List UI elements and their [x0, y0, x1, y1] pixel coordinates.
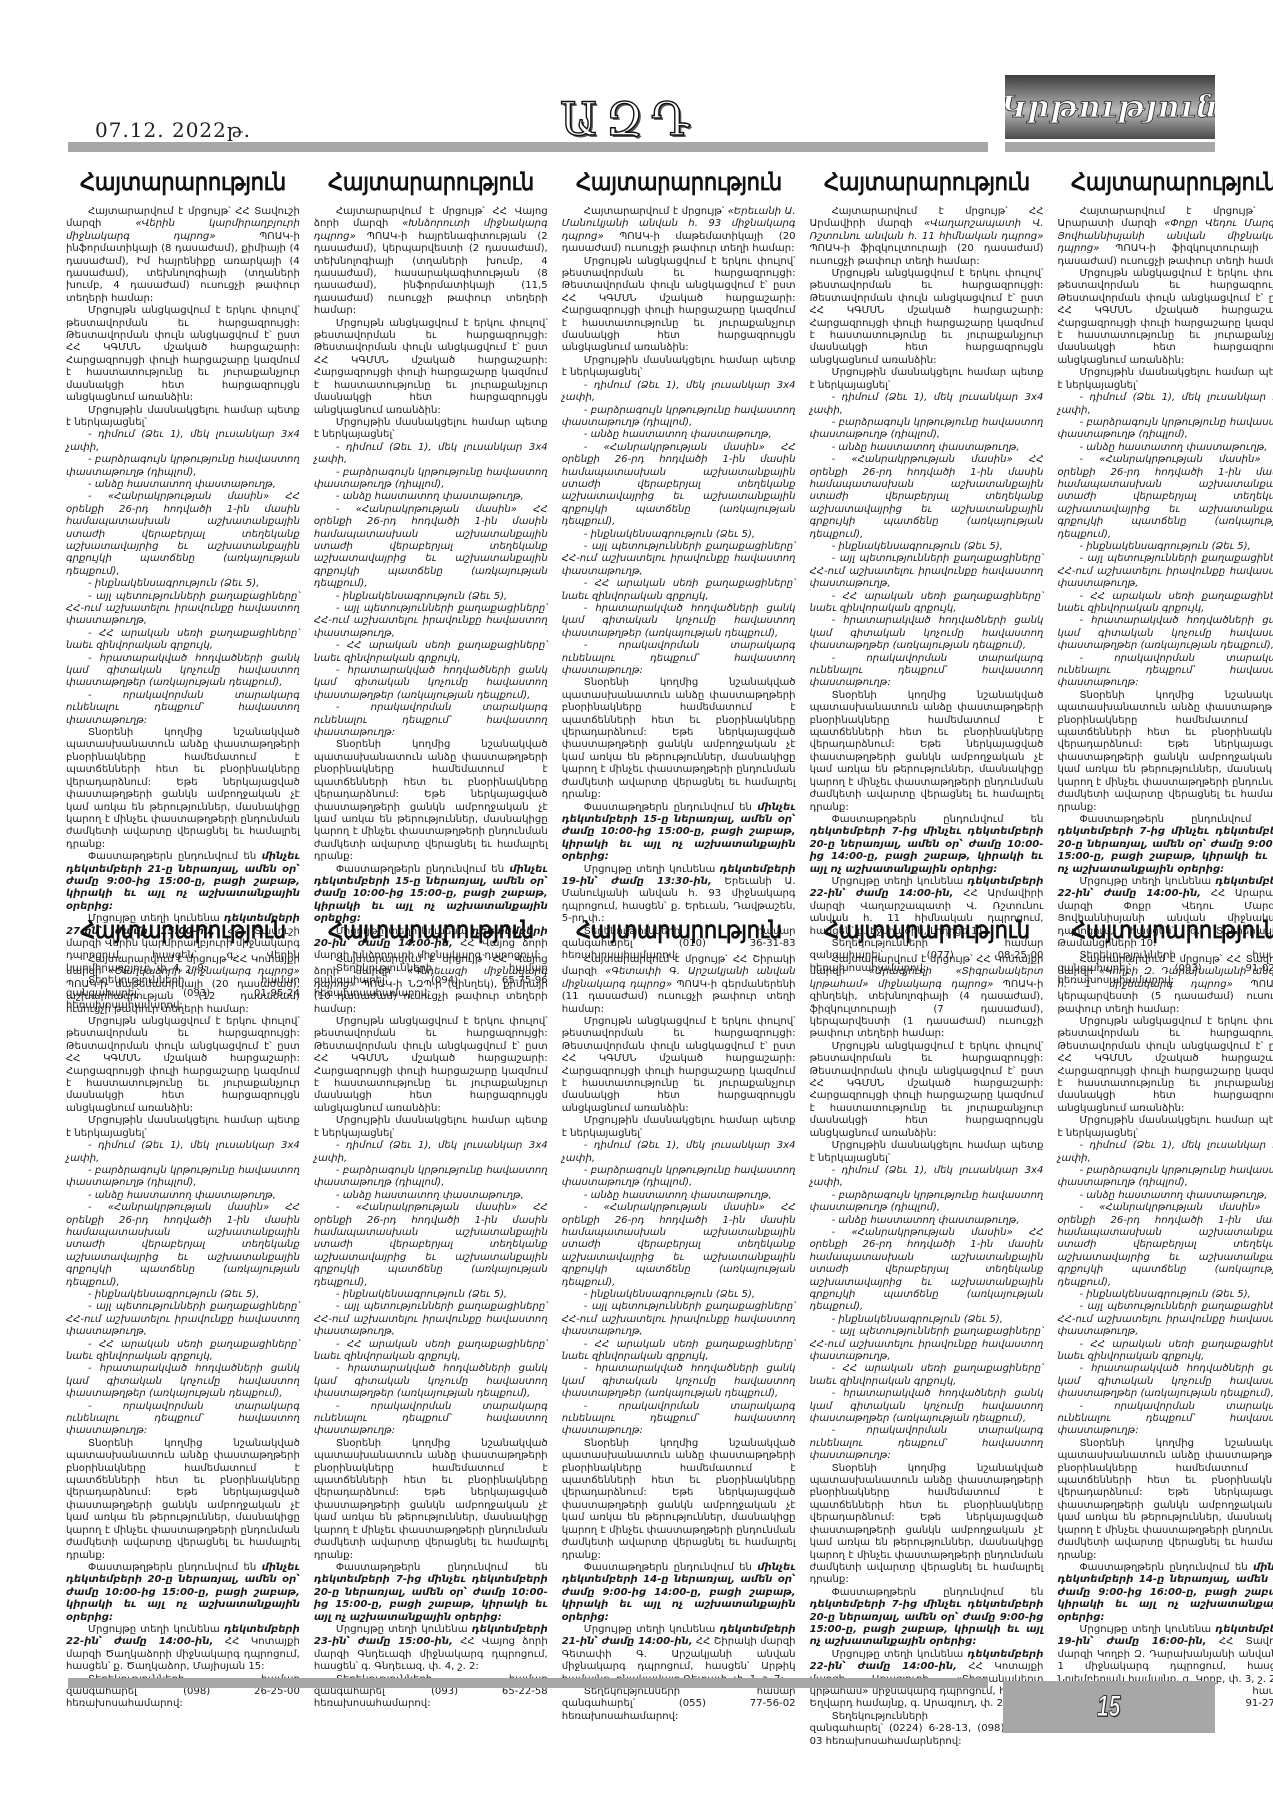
document-item: - անձը հաստատող փաստաթուղթ,	[1057, 442, 1273, 454]
announcement-intro: Հայտարարվում է մրցույթ՝ ՀՀ Վայոց ձորի մա…	[314, 954, 548, 1016]
document-item: - «Հանրակրթության մասին» ՀՀ օրենքի 26-րդ…	[314, 504, 548, 591]
document-item: - ՀՀ արական սեռի քաղաքացիները՝ նաեւ զինվ…	[810, 591, 1044, 616]
document-item: - հրատարակված հոդվածների ցանկ կամ գիտակա…	[1057, 615, 1273, 652]
document-item: - ինքնակենսագրություն (Ձեւ 5),	[1057, 1289, 1273, 1301]
document-item: - ՀՀ արական սեռի քաղաքացիները՝ նաեւ զինվ…	[1057, 1339, 1273, 1364]
document-item: - ՀՀ արական սեռի քաղաքացիները՝ նաեւ զինվ…	[66, 628, 300, 653]
document-item: - այլ պետությունների քաղաքացիները՝ ՀՀ-ու…	[562, 1301, 796, 1338]
acceptance-terms: Փաստաթղթերն ընդունվում են մինչեւ դեկտեմբ…	[1057, 1562, 1273, 1624]
masthead: 07.12. 2022թ. ԱԶԴ Կրթություն	[0, 0, 1273, 160]
document-item: - ՀՀ արական սեռի քաղաքացիները՝ նաեւ զինվ…	[66, 1339, 300, 1364]
stages-text: Մրցույթն անցկացվում է երկու փուլով՝ թեստ…	[562, 1016, 796, 1115]
documents-intro: Մրցույթին մասնակցելու համար պետք է ներկա…	[66, 405, 300, 430]
announcement-title: Հայտարարություն	[328, 168, 534, 198]
verification-text: Տնօրենի կողմից նշանակված պատասխանատուն ա…	[314, 1438, 548, 1562]
document-item: - անձը հաստատող փաստաթուղթ,	[66, 479, 300, 491]
document-item: - «Հանրակրթության մասին» ՀՀ օրենքի 26-րդ…	[562, 1202, 796, 1289]
verification-text: Տնօրենի կողմից նշանակված պատասխանատուն ա…	[562, 1438, 796, 1562]
document-item: - հրատարակված հոդվածների ցանկ կամ գիտակա…	[562, 1363, 796, 1400]
announcement-intro: Հայտարարվում է մրցույթ՝ ՀՀ Կոտայքի մարզի…	[810, 954, 1044, 1041]
stages-text: Մրցույթն անցկացվում է երկու փուլով՝ թեստ…	[1057, 1016, 1273, 1115]
page-number-box: 15	[1003, 1681, 1215, 1733]
announcement-4: Հայտարարություն Հայտարարվում է մրցույթ՝ …	[810, 168, 1044, 1012]
document-item: - ինքնակենսագրություն (Ձեւ 5),	[314, 1289, 548, 1301]
documents-intro: Մրցույթին մասնակցելու համար պետք է ներկա…	[66, 1115, 300, 1140]
document-item: - բարձրագույն կրթությունը հավաստող փաստա…	[562, 1165, 796, 1190]
document-item: - այլ պետությունների քաղաքացիները՝ ՀՀ-ու…	[66, 1301, 300, 1338]
documents-intro: Մրցույթին մասնակցելու համար պետք է ներկա…	[810, 367, 1044, 392]
document-item: - այլ պետությունների քաղաքացիները՝ ՀՀ-ու…	[810, 1326, 1044, 1363]
contact-info: Տեղեկությունների համար զանգահարել՝ (055)…	[562, 1686, 796, 1723]
announcement-1: Հայտարարություն Հայտարարվում է մրցույթ՝ …	[66, 168, 300, 1012]
document-item: - այլ պետությունների քաղաքացիները՝ ՀՀ-ու…	[1057, 1301, 1273, 1338]
announcement-intro: Հայտարարվում է մրցույթ՝ ՀՀ Արարատի մարզի…	[1057, 206, 1273, 268]
document-item: - որակավորման տարակարգ ունենալու դեպքում…	[810, 653, 1044, 690]
announcement-intro: Հայտարարվում է մրցույթ՝ ՀՀ Վայոց ձորի մա…	[314, 206, 548, 318]
document-item: - հրատարակված հոդվածների ցանկ կամ գիտակա…	[810, 615, 1044, 652]
verification-text: Տնօրենի կողմից նշանակված պատասխանատուն ա…	[810, 690, 1044, 814]
stages-text: Մրցույթն անցկացվում է երկու փուլով՝ թեստ…	[810, 1041, 1044, 1140]
document-item: - «Հանրակրթության մասին» ՀՀ օրենքի 26-րդ…	[1057, 454, 1273, 541]
document-item: - բարձրագույն կրթությունը հավաստող փաստա…	[66, 454, 300, 479]
section-title: Կրթություն	[1005, 90, 1215, 125]
document-item: - դիմում (Ձեւ 1), մեկ լուսանկար 3x4 չափի…	[1057, 1140, 1273, 1165]
document-item: - դիմում (Ձեւ 1), մեկ լուսանկար 3x4 չափի…	[562, 380, 796, 405]
document-item: - «Հանրակրթության մասին» ՀՀ օրենքի 26-րդ…	[810, 1227, 1044, 1314]
document-item: - անձը հաստատող փաստաթուղթ,	[314, 1190, 548, 1202]
document-item: - դիմում (Ձեւ 1), մեկ լուսանկար 3x4 չափի…	[810, 392, 1044, 417]
document-item: - ՀՀ արական սեռի քաղաքացիները՝ նաեւ զինվ…	[1057, 591, 1273, 616]
document-item: - բարձրագույն կրթությունը հավաստող փաստա…	[314, 1165, 548, 1190]
document-item: - այլ պետությունների քաղաքացիները՝ ՀՀ-ու…	[562, 541, 796, 578]
stages-text: Մրցույթն անցկացվում է երկու փուլով՝ թեստ…	[810, 268, 1044, 367]
document-item: - անձը հաստատող փաստաթուղթ,	[810, 1215, 1044, 1227]
acceptance-terms: Փաստաթղթերն ընդունվում են մինչեւ դեկտեմբ…	[66, 1562, 300, 1624]
notices-row-2: Հայտարարություն Հայտարարվում է մրցույթ՝ …	[66, 916, 1216, 1748]
document-item: - որակավորման տարակարգ ունենալու դեպքում…	[1057, 1401, 1273, 1438]
document-item: - անձը հաստատող փաստաթուղթ,	[562, 429, 796, 441]
announcement-intro: Հայտարարվում է մրցույթ՝ ՀՀ Շիրակի մարզի …	[562, 954, 796, 1016]
document-item: - անձը հաստատող փաստաթուղթ,	[66, 1190, 300, 1202]
document-item: - դիմում (Ձեւ 1), մեկ լուսանկար 3x4 չափի…	[314, 1140, 548, 1165]
document-item: - «Հանրակրթության մասին» ՀՀ օրենքի 26-րդ…	[314, 1202, 548, 1289]
document-item: - որակավորման տարակարգ ունենալու դեպքում…	[314, 702, 548, 739]
announcement-3: Հայտարարություն Հայտարարվում է մրցույթ՝ …	[562, 168, 796, 1012]
document-item: - որակավորման տարակարգ ունենալու դեպքում…	[1057, 653, 1273, 690]
announcement-intro: Հայտարարվում է մրցույթ՝ «Երեւանի Ա. Մանո…	[562, 206, 796, 256]
document-item: - ՀՀ արական սեռի քաղաքացիները՝ նաեւ զինվ…	[562, 1339, 796, 1364]
stages-text: Մրցույթն անցկացվում է երկու փուլով՝ թեստ…	[66, 1016, 300, 1115]
documents-intro: Մրցույթին մասնակցելու համար պետք է ներկա…	[1057, 367, 1273, 392]
acceptance-terms: Փաստաթղթերն ընդունվում են մինչեւ դեկտեմբ…	[66, 851, 300, 913]
acceptance-terms: Փաստաթղթերն ընդունվում են դեկտեմբերի 7-ի…	[314, 1562, 548, 1624]
header-divider-right	[1005, 142, 1215, 152]
document-item: - այլ պետությունների քաղաքացիները՝ ՀՀ-ու…	[810, 553, 1044, 590]
documents-list: - դիմում (Ձեւ 1), մեկ լուսանկար 3x4 չափի…	[810, 392, 1044, 690]
announcement-6: Հայտարարություն Հայտարարվում է մրցույթ՝ …	[66, 916, 300, 1748]
document-item: - այլ պետությունների քաղաքացիները՝ ՀՀ-ու…	[1057, 553, 1273, 590]
verification-text: Տնօրենի կողմից նշանակված պատասխանատուն ա…	[314, 739, 548, 863]
verification-text: Տնօրենի կողմից նշանակված պատասխանատուն ա…	[810, 1463, 1044, 1587]
page-number: 15	[1097, 1690, 1120, 1724]
footer-divider	[68, 1678, 988, 1688]
documents-intro: Մրցույթին մասնակցելու համար պետք է ներկա…	[562, 355, 796, 380]
document-item: - ինքնակենսագրություն (Ձեւ 5),	[810, 541, 1044, 553]
document-item: - որակավորման տարակարգ ունենալու դեպքում…	[66, 690, 300, 727]
announcement-title: Հայտարարություն	[1071, 168, 1273, 198]
document-item: - ՀՀ արական սեռի քաղաքացիները՝ նաեւ զինվ…	[314, 1339, 548, 1364]
announcement-2: Հայտարարություն Հայտարարվում է մրցույթ՝ …	[314, 168, 548, 1012]
stages-text: Մրցույթն անցկացվում է երկու փուլով՝ թեստ…	[1057, 268, 1273, 367]
documents-list: - դիմում (Ձեւ 1), մեկ լուսանկար 3x4 չափի…	[810, 1165, 1044, 1463]
issue-date: 07.12. 2022թ.	[95, 118, 251, 142]
document-item: - դիմում (Ձեւ 1), մեկ լուսանկար 3x4 չափի…	[562, 1140, 796, 1165]
documents-intro: Մրցույթին մասնակցելու համար պետք է ներկա…	[1057, 1115, 1273, 1140]
document-item: - ինքնակենսագրություն (Ձեւ 5),	[1057, 541, 1273, 553]
announcement-title: Հայտարարություն	[824, 916, 1030, 946]
announcement-8: Հայտարարություն Հայտարարվում է մրցույթ՝ …	[562, 916, 796, 1748]
announcement-title: Հայտարարություն	[576, 168, 782, 198]
acceptance-terms: Փաստաթղթերն ընդունվում են մինչեւ դեկտեմբ…	[562, 1562, 796, 1624]
verification-text: Տնօրենի կողմից նշանակված պատասխանատուն ա…	[66, 1438, 300, 1562]
header-divider	[68, 142, 988, 152]
document-item: - հրատարակված հոդվածների ցանկ կամ գիտակա…	[66, 653, 300, 690]
verification-text: Տնօրենի կողմից նշանակված պատասխանատուն ա…	[66, 727, 300, 851]
stages-text: Մրցույթն անցկացվում է երկու փուլով՝ թեստ…	[314, 1016, 548, 1115]
venue-text: Մրցույթը տեղի կունենա դեկտեմբերի 22-ին՝ …	[66, 1624, 300, 1674]
documents-intro: Մրցույթին մասնակցելու համար պետք է ներկա…	[314, 1115, 548, 1140]
document-item: - հրատարակված հոդվածների ցանկ կամ գիտակա…	[66, 1363, 300, 1400]
documents-intro: Մրցույթին մասնակցելու համար պետք է ներկա…	[562, 1115, 796, 1140]
stages-text: Մրցույթն անցկացվում է երկու փուլով՝ թեստ…	[562, 256, 796, 355]
school-name: «Ծաղկաձորի միջնակարգ դպրոց»	[108, 966, 300, 977]
document-item: - հրատարակված հոդվածների ցանկ կամ գիտակա…	[810, 1388, 1044, 1425]
verification-text: Տնօրենի կողմից նշանակված պատասխանատուն ա…	[1057, 1438, 1273, 1562]
document-item: - այլ պետությունների քաղաքացիները՝ ՀՀ-ու…	[66, 591, 300, 628]
document-item: - անձը հաստատող փաստաթուղթ,	[314, 491, 548, 503]
document-item: - ինքնակենսագրություն (Ձեւ 5),	[562, 1289, 796, 1301]
document-item: - հրատարակված հոդվածների ցանկ կամ գիտակա…	[314, 665, 548, 702]
announcement-title: Հայտարարություն	[328, 916, 534, 946]
document-item: - հրատարակված հոդվածների ցանկ կամ գիտակա…	[314, 1363, 548, 1400]
documents-list: - դիմում (Ձեւ 1), մեկ լուսանկար 3x4 չափի…	[1057, 1140, 1273, 1438]
document-item: - «Հանրակրթության մասին» ՀՀ օրենքի 26-րդ…	[562, 442, 796, 529]
document-item: - դիմում (Ձեւ 1), մեկ լուսանկար 3x4 չափի…	[810, 1165, 1044, 1190]
document-item: - «Հանրակրթության մասին» ՀՀ օրենքի 26-րդ…	[1057, 1202, 1273, 1289]
document-item: - որակավորման տարակարգ ունենալու դեպքում…	[562, 1401, 796, 1438]
announcement-9: Հայտարարություն Հայտարարվում է մրցույթ՝ …	[810, 916, 1044, 1748]
notices-row-1: Հայտարարություն Հայտարարվում է մրցույթ՝ …	[66, 168, 1216, 1012]
documents-list: - դիմում (Ձեւ 1), մեկ լուսանկար 3x4 չափի…	[562, 1140, 796, 1438]
stages-text: Մրցույթն անցկացվում է երկու փուլով՝ թեստ…	[66, 305, 300, 404]
document-item: - դիմում (Ձեւ 1), մեկ լուսանկար 3x4 չափի…	[1057, 392, 1273, 417]
document-item: - հրատարակված հոդվածների ցանկ կամ գիտակա…	[562, 603, 796, 640]
documents-intro: Մրցույթին մասնակցելու համար պետք է ներկա…	[810, 1140, 1044, 1165]
announcement-title: Հայտարարություն	[824, 168, 1030, 198]
announcement-intro: Հայտարարվում է մրցույթ՝ ՀՀ Տավուշի մարզի…	[66, 206, 300, 305]
document-item: - որակավորման տարակարգ ունենալու դեպքում…	[810, 1425, 1044, 1462]
document-item: - դիմում (Ձեւ 1), մեկ լուսանկար 3x4 չափի…	[66, 1140, 300, 1165]
document-item: - անձը հաստատող փաստաթուղթ,	[1057, 1190, 1273, 1202]
document-item: - դիմում (Ձեւ 1), մեկ լուսանկար 3x4 չափի…	[314, 442, 548, 467]
verification-text: Տնօրենի կողմից նշանակված պատասխանատուն ա…	[1057, 690, 1273, 814]
document-item: - ՀՀ արական սեռի քաղաքացիները՝ նաեւ զինվ…	[810, 1363, 1044, 1388]
document-item: - որակավորման տարակարգ ունենալու դեպքում…	[66, 1401, 300, 1438]
announcement-intro: Հայտարարվում է մրցույթ՝ ՀՀ Կոտայքի մարզի…	[66, 954, 300, 1016]
document-item: - ՀՀ արական սեռի քաղաքացիները՝ նաեւ զինվ…	[314, 640, 548, 665]
documents-list: - դիմում (Ձեւ 1), մեկ լուսանկար 3x4 չափի…	[1057, 392, 1273, 690]
announcement-7: Հայտարարություն Հայտարարվում է մրցույթ՝ …	[314, 916, 548, 1748]
announcement-10: Հայտարարություն Հայտարարվում է մրցույթ՝ …	[1057, 916, 1273, 1748]
document-item: - ՀՀ արական սեռի քաղաքացիները՝ նաեւ զինվ…	[562, 578, 796, 603]
documents-list: - դիմում (Ձեւ 1), մեկ լուսանկար 3x4 չափի…	[66, 429, 300, 727]
document-item: - բարձրագույն կրթությունը հավաստող փաստա…	[810, 417, 1044, 442]
announcement-title: Հայտարարություն	[80, 168, 286, 198]
document-item: - դիմում (Ձեւ 1), մեկ լուսանկար 3x4 չափի…	[66, 429, 300, 454]
documents-list: - դիմում (Ձեւ 1), մեկ լուսանկար 3x4 չափի…	[66, 1140, 300, 1438]
announcement-title: Հայտարարություն	[80, 916, 286, 946]
acceptance-terms: Փաստաթղթերն ընդունվում են դեկտեմբերի 7-ի…	[810, 814, 1044, 876]
documents-list: - դիմում (Ձեւ 1), մեկ լուսանկար 3x4 չափի…	[562, 380, 796, 678]
announcement-title: Հայտարարություն	[576, 916, 782, 946]
documents-list: - դիմում (Ձեւ 1), մեկ լուսանկար 3x4 չափի…	[314, 442, 548, 740]
venue-text: Մրցույթը տեղի կունենա դեկտեմբերի 21-ին՝ …	[562, 1624, 796, 1686]
document-item: - անձը հաստատող փաստաթուղթ,	[810, 442, 1044, 454]
section-badge: Կրթություն	[1005, 75, 1215, 139]
venue-text: Մրցույթը տեղի կունենա դեկտեմբերի 23-ին՝ …	[314, 1624, 548, 1674]
document-item: - որակավորման տարակարգ ունենալու դեպքում…	[314, 1401, 548, 1438]
document-item: - բարձրագույն կրթությունը հավաստող փաստա…	[1057, 1165, 1273, 1190]
document-item: - բարձրագույն կրթությունը հավաստող փաստա…	[314, 467, 548, 492]
stages-text: Մրցույթն անցկացվում է երկու փուլով՝ թեստ…	[314, 318, 548, 417]
announcement-intro: Հայտարարվում է մրցույթ՝ ՀՀ Արմավիրի մարզ…	[810, 206, 1044, 268]
announcement-5: Հայտարարություն Հայտարարվում է մրցույթ՝ …	[1057, 168, 1273, 1012]
document-item: - ինքնակենսագրություն (Ձեւ 5),	[810, 1314, 1044, 1326]
document-item: - «Հանրակրթության մասին» ՀՀ օրենքի 26-րդ…	[66, 1202, 300, 1289]
document-item: - այլ պետությունների քաղաքացիները՝ ՀՀ-ու…	[314, 603, 548, 640]
document-item: - ինքնակենսագրություն (Ձեւ 5),	[66, 578, 300, 590]
announcement-title: Հայտարարություն	[1071, 916, 1273, 946]
document-item: - «Հանրակրթության մասին» ՀՀ օրենքի 26-րդ…	[66, 491, 300, 578]
announcement-intro: Հայտարարվում է մրցույթ՝ ՀՀ Տավուշի մարզի…	[1057, 954, 1273, 1016]
document-item: - «Հանրակրթության մասին» ՀՀ օրենքի 26-րդ…	[810, 454, 1044, 541]
document-item: - բարձրագույն կրթությունը հավաստող փաստա…	[1057, 417, 1273, 442]
document-item: - հրատարակված հոդվածների ցանկ կամ գիտակա…	[1057, 1363, 1273, 1400]
acceptance-terms: Փաստաթղթերն ընդունվում են մինչեւ դեկտեմբ…	[562, 802, 796, 864]
verification-text: Տնօրենի կողմից նշանակված պատասխանատուն ա…	[562, 677, 796, 801]
newspaper-logo: ԱԶԴ	[560, 92, 698, 146]
document-item: - բարձրագույն կրթությունը հավաստող փաստա…	[66, 1165, 300, 1190]
document-item: - ինքնակենսագրություն (Ձեւ 5),	[66, 1289, 300, 1301]
documents-intro: Մրցույթին մասնակցելու համար պետք է ներկա…	[314, 417, 548, 442]
document-item: - որակավորման տարակարգ ունենալու դեպքում…	[562, 640, 796, 677]
venue-text: Մրցույթը տեղի կունենա դեկտեմբերի 19-ին՝ …	[1057, 1624, 1273, 1686]
documents-list: - դիմում (Ձեւ 1), մեկ լուսանկար 3x4 չափի…	[314, 1140, 548, 1438]
document-item: - ինքնակենսագրություն (Ձեւ 5),	[314, 591, 548, 603]
document-item: - ինքնակենսագրություն (Ձեւ 5),	[562, 529, 796, 541]
document-item: - բարձրագույն կրթությունը հավաստող փաստա…	[810, 1190, 1044, 1215]
document-item: - այլ պետությունների քաղաքացիները՝ ՀՀ-ու…	[314, 1301, 548, 1338]
acceptance-terms: Փաստաթղթերն ընդունվում են դեկտեմբերի 7-ի…	[810, 1587, 1044, 1649]
acceptance-terms: Փաստաթղթերն ընդունվում են դեկտեմբերի 7-ի…	[1057, 814, 1273, 876]
document-item: - անձը հաստատող փաստաթուղթ,	[562, 1190, 796, 1202]
document-item: - բարձրագույն կրթությունը հավաստող փաստա…	[562, 405, 796, 430]
